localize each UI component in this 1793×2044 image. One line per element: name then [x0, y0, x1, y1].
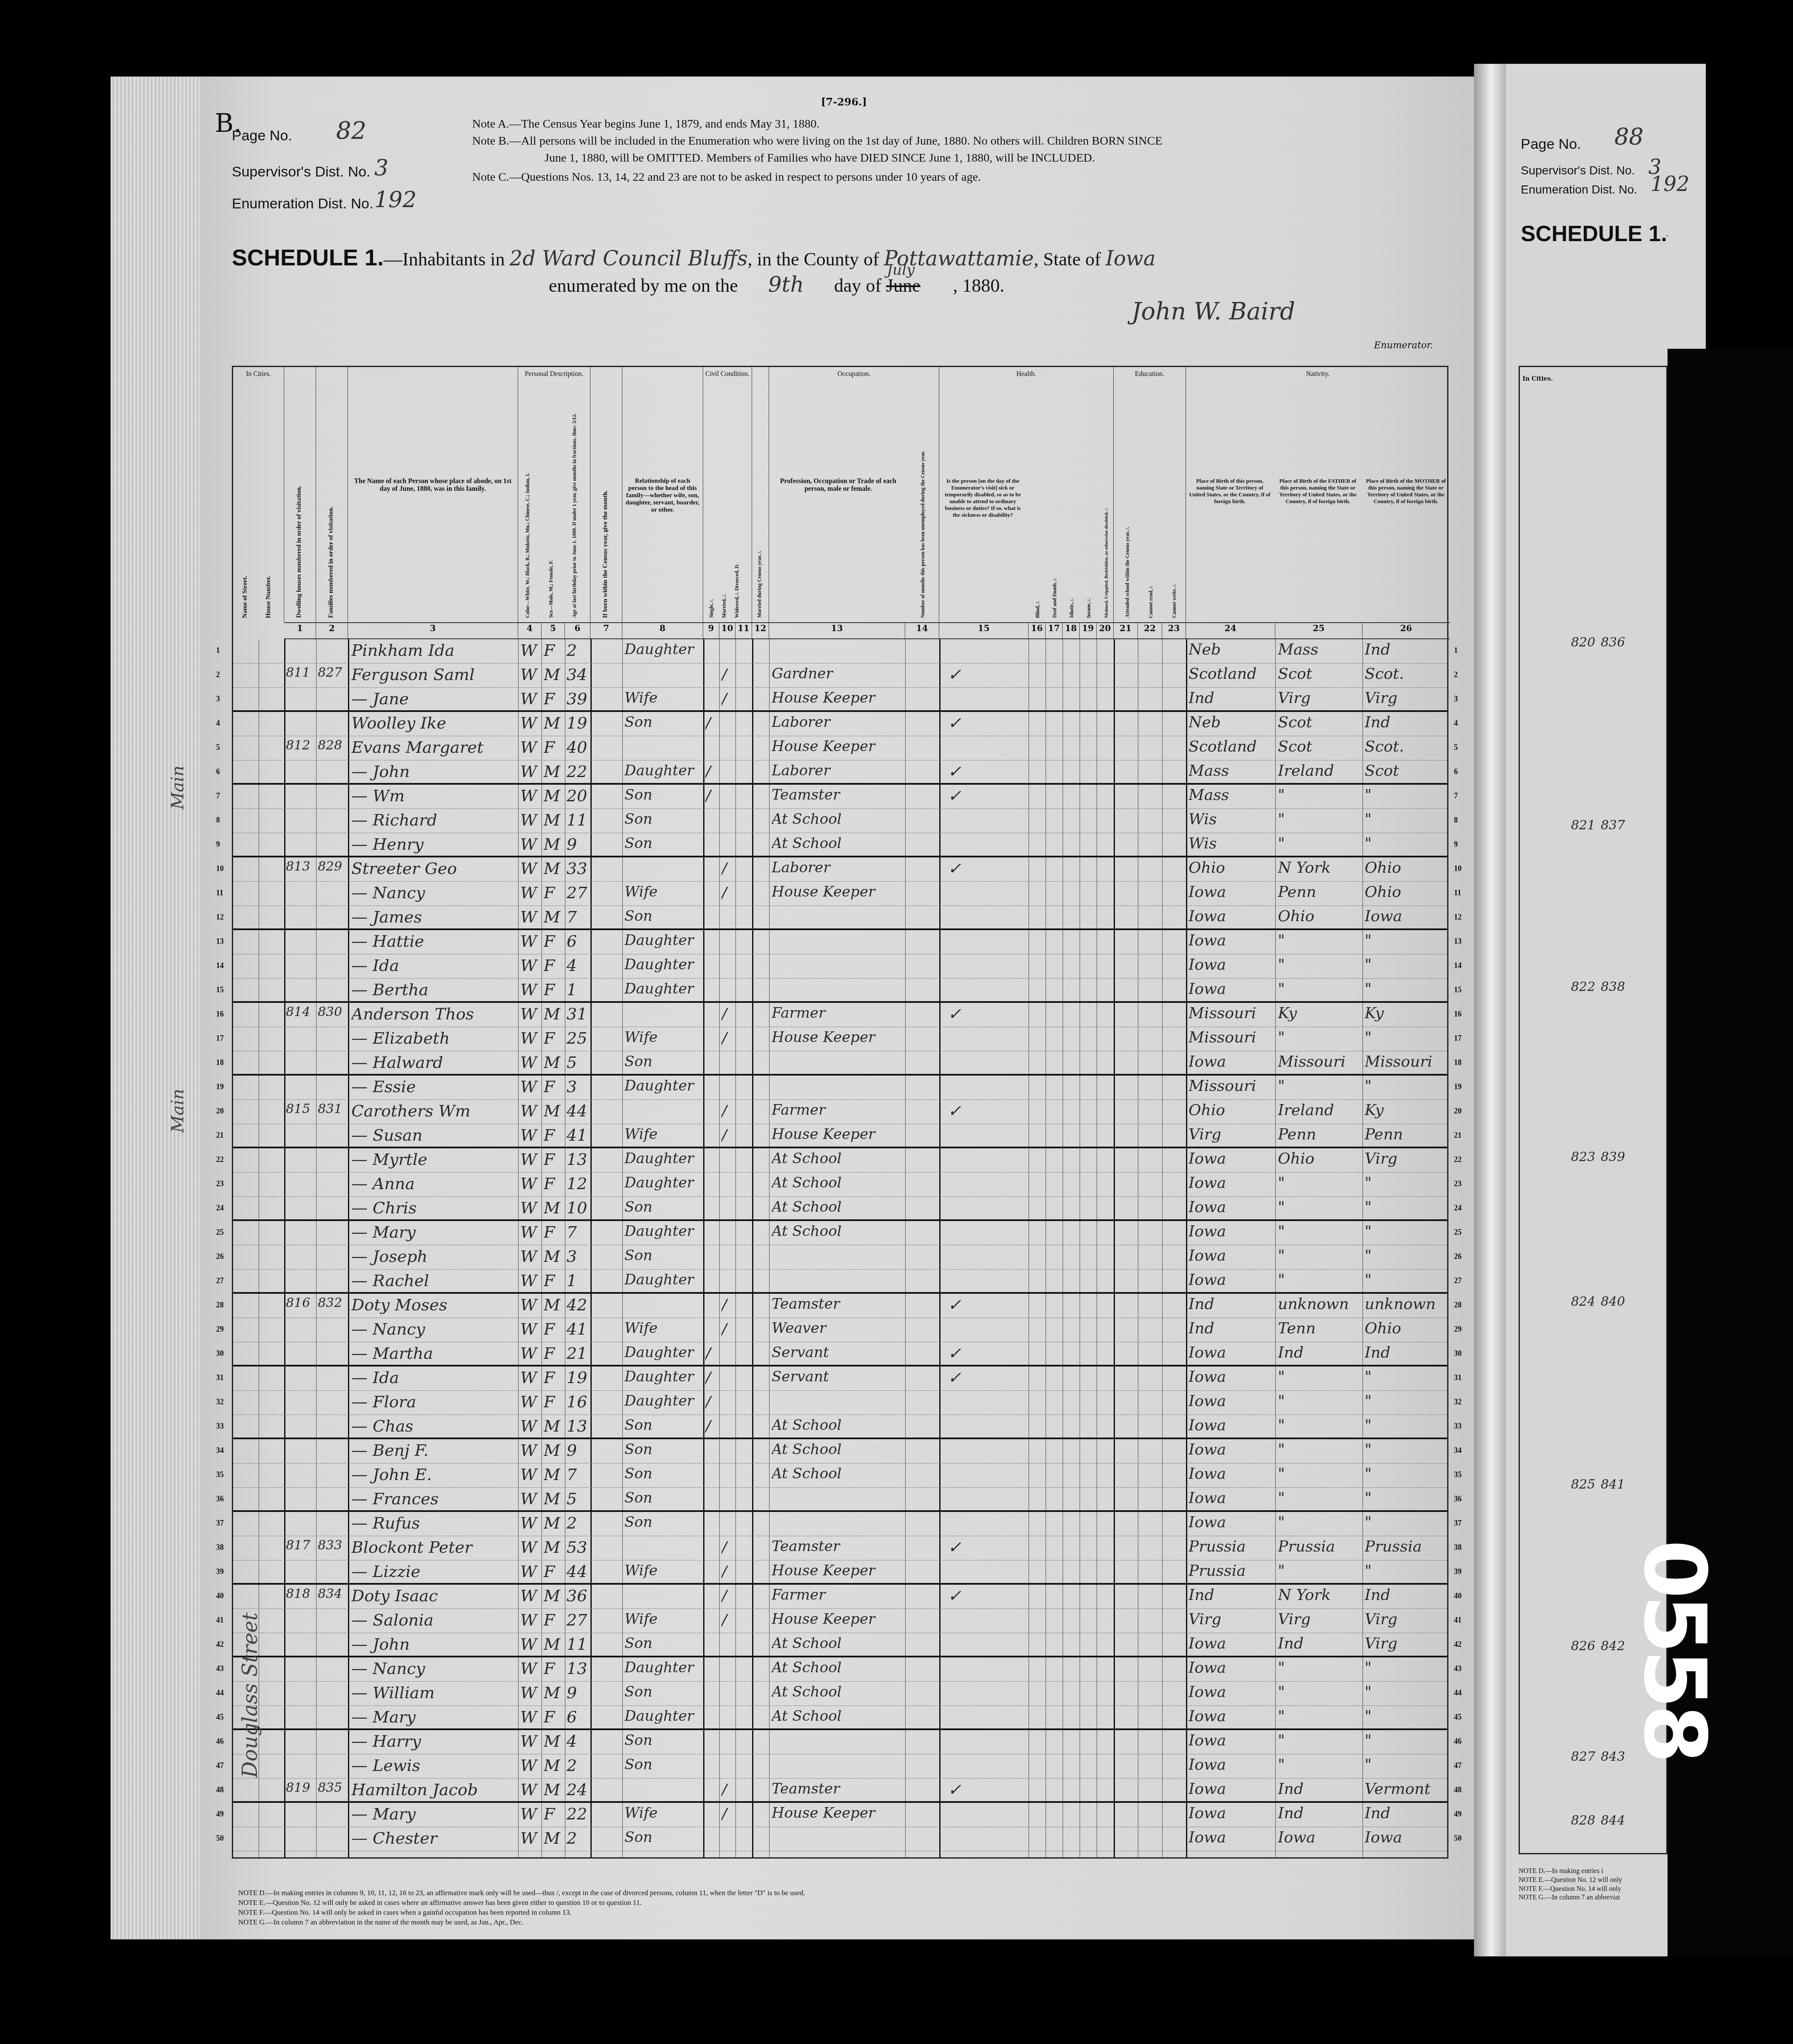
cell-single: / — [705, 714, 718, 732]
table-row: 3131— IdaWF19Daughter/Servant✓Iowa"" — [233, 1366, 1447, 1391]
cell-birth: Iowa — [1189, 1174, 1276, 1192]
cell-mother: " — [1365, 1223, 1449, 1240]
cell-married: / — [721, 1320, 734, 1338]
row-number-left: 13 — [216, 937, 224, 946]
col-15-label: Is the person [on the day of the Enumera… — [942, 478, 1024, 518]
cell-age: 6 — [567, 932, 590, 951]
cell-single: / — [705, 1392, 718, 1411]
day-value: 9th — [768, 272, 804, 297]
row-number-left: 15 — [216, 985, 224, 994]
col-5-label: Sex—Male, M.; Female, F. — [548, 560, 554, 618]
cell-birth: Iowa — [1189, 1732, 1276, 1749]
colnum-18: 18 — [1063, 622, 1080, 639]
cell-dw: 818 — [286, 1586, 316, 1601]
rp-page-no-label: Page No. — [1521, 136, 1581, 153]
row-number-right: 19 — [1454, 1082, 1462, 1091]
cell-name: — Richard — [351, 811, 517, 829]
cell-birth: Iowa — [1189, 1223, 1276, 1240]
cell-rel: Son — [624, 835, 703, 852]
cell-birth: Iowa — [1189, 1199, 1276, 1216]
cell-fam: 828 — [318, 738, 348, 753]
cell-birth: Iowa — [1189, 1344, 1276, 1361]
cell-fam: 827 — [318, 665, 348, 680]
cell-sex: M — [544, 786, 565, 805]
cell-occ: At School — [772, 1683, 904, 1700]
cell-mother: Ind — [1365, 714, 1449, 731]
cell-name: — Flora — [351, 1392, 517, 1411]
table-row: 4040818834Doty IsaacWM36/Farmer✓IndN Yor… — [233, 1585, 1447, 1609]
cell-sex: M — [544, 1465, 565, 1484]
table-row: 1010813829Streeter GeoWM33/Laborer✓OhioN… — [233, 857, 1447, 882]
cell-age: 4 — [567, 1732, 590, 1751]
col-17-label: Deaf and Dumb, /. — [1052, 578, 1058, 618]
cell-rel: Son — [624, 1756, 703, 1773]
table-row: 1717— ElizabethWF25Wife/House KeeperMiss… — [233, 1027, 1447, 1051]
table-row: 22811827Ferguson SamlWM34/Gardner✓Scotla… — [233, 663, 1447, 688]
cell-birth: Iowa — [1189, 1489, 1276, 1507]
row-number-left: 1 — [216, 646, 220, 655]
cell-rel: Son — [624, 811, 703, 828]
cell-age: 7 — [567, 908, 590, 926]
cell-sex: M — [544, 908, 565, 926]
cell-color: W — [520, 1611, 542, 1629]
cell-father: Tenn — [1278, 1320, 1362, 1337]
cell-rel: Son — [624, 1635, 703, 1652]
cell-mother: " — [1365, 1489, 1449, 1507]
table-row: 2020815831Carothers WmWM44/Farmer✓OhioIr… — [233, 1100, 1447, 1124]
row-number-left: 10 — [216, 864, 224, 873]
cell-age: 11 — [567, 1635, 590, 1654]
cell-color: W — [520, 1708, 542, 1726]
cell-birth: Iowa — [1189, 1659, 1276, 1677]
rp-footnotes: NOTE D.—In making entries i NOTE E.—Ques… — [1519, 1867, 1672, 1902]
cell-rel: Wife — [624, 1562, 703, 1579]
cell-birth: Scotland — [1189, 665, 1276, 683]
in-cities-label: In Cities. — [233, 370, 284, 378]
cell-age: 7 — [567, 1223, 590, 1241]
rp-household-dw: 828 — [1571, 1813, 1595, 1828]
cell-age: 4 — [567, 956, 590, 975]
cell-birth: Iowa — [1189, 1417, 1276, 1434]
cell-father: " — [1278, 1514, 1362, 1531]
cell-name: — Martha — [351, 1344, 517, 1363]
cell-father: Ind — [1278, 1635, 1362, 1652]
colnum-22: 22 — [1138, 622, 1162, 639]
rp-household-dw: 826 — [1571, 1639, 1595, 1654]
row-number-left: 34 — [216, 1446, 224, 1455]
cell-father: " — [1278, 811, 1362, 828]
cell-father: Scot — [1278, 738, 1362, 755]
col-health: Health. Is the person [on the day of the… — [939, 367, 1114, 622]
cell-sex: F — [544, 641, 565, 660]
cell-father: " — [1278, 1465, 1362, 1483]
cell-father: Ky — [1278, 1005, 1362, 1022]
cell-name: — Chas — [351, 1417, 517, 1435]
col-7: If born within the Census year, give the… — [590, 367, 622, 622]
cell-father: Virg — [1278, 1611, 1362, 1628]
cell-mother: Scot. — [1365, 665, 1449, 683]
cell-birth: Iowa — [1189, 883, 1276, 901]
cell-fam: 832 — [318, 1295, 348, 1310]
cell-married: / — [721, 689, 734, 708]
col-4-label: Color—White, W.; Black, B.; Mulatto, Mu.… — [525, 473, 531, 618]
cell-father: Scot — [1278, 665, 1362, 683]
cell-sex: M — [544, 859, 565, 878]
cell-occ: Laborer — [772, 714, 904, 731]
cell-mother: " — [1365, 1708, 1449, 1725]
cell-age: 9 — [567, 1441, 590, 1460]
cell-occ: Weaver — [772, 1320, 904, 1337]
row-number-left: 40 — [216, 1591, 224, 1600]
cell-rel: Son — [624, 908, 703, 925]
year-text: , 1880. — [953, 275, 1004, 296]
col-2-label: Families numbered in order of visitation… — [328, 507, 335, 618]
cell-name: Hamilton Jacob — [351, 1780, 517, 1799]
cell-father: " — [1278, 835, 1362, 852]
cell-birth: Ind — [1189, 1320, 1276, 1337]
cell-color: W — [520, 932, 542, 951]
cell-father: " — [1278, 1247, 1362, 1264]
cell-name: Blockont Peter — [351, 1538, 517, 1557]
cell-occ: At School — [772, 1174, 904, 1191]
cell-sex: M — [544, 714, 565, 732]
cell-rel: Daughter — [624, 1077, 703, 1094]
cell-rel: Wife — [624, 1029, 703, 1046]
cell-sex: M — [544, 762, 565, 781]
row-number-left: 12 — [216, 913, 224, 922]
cell-father: Iowa — [1278, 1829, 1362, 1846]
cell-father: " — [1278, 1683, 1362, 1701]
col-18-label: Idiotic, /. — [1069, 598, 1075, 618]
cell-color: W — [520, 1829, 542, 1848]
cell-color: W — [520, 1247, 542, 1266]
row-number-right: 41 — [1454, 1616, 1462, 1625]
table-row: 2121— SusanWF41Wife/House KeeperVirgPenn… — [233, 1124, 1447, 1148]
cell-occ: Teamster — [772, 1780, 904, 1797]
cell-sex: M — [544, 1538, 565, 1557]
col-7-label: If born within the Census year, give the… — [602, 490, 609, 618]
cell-fam: 831 — [318, 1102, 348, 1116]
cell-color: W — [520, 1635, 542, 1654]
row-number-left: 36 — [216, 1495, 224, 1503]
enumerator-signature: John W. Baird — [1132, 298, 1295, 325]
cell-name: — John — [351, 1635, 517, 1654]
cell-color: W — [520, 835, 542, 854]
cell-color: W — [520, 1029, 542, 1048]
cell-age: 34 — [567, 665, 590, 684]
cell-rel: Daughter — [624, 956, 703, 973]
table-row: 4444— WilliamWM9SonAt SchoolIowa"" — [233, 1682, 1447, 1706]
cell-birth: Iowa — [1189, 1780, 1276, 1798]
rp-footnote-d: NOTE D.—In making entries i — [1519, 1867, 1672, 1876]
cell-father: Ind — [1278, 1805, 1362, 1822]
cell-birth: Iowa — [1189, 1247, 1276, 1264]
row-number-left: 41 — [216, 1616, 224, 1625]
cell-sex: F — [544, 1126, 565, 1144]
cell-mother: Scot. — [1365, 738, 1449, 755]
cell-occ: At School — [772, 1199, 904, 1216]
cell-mother: Iowa — [1365, 908, 1449, 925]
cell-sex: M — [544, 835, 565, 854]
cell-rel: Wife — [624, 689, 703, 706]
cell-mother: " — [1365, 932, 1449, 949]
cell-mother: " — [1365, 1465, 1449, 1483]
table-row: 33— JaneWF39Wife/House KeeperIndVirgVirg — [233, 688, 1447, 712]
colnum-21: 21 — [1114, 622, 1138, 639]
table-row: 11Pinkham IdaWF2DaughterNebMassInd — [233, 639, 1447, 663]
row-number-right: 18 — [1454, 1058, 1462, 1067]
cell-birth: Prussia — [1189, 1538, 1276, 1555]
footnote-d: NOTE D.—In making entries in columns 9, … — [238, 1888, 805, 1898]
cell-rel: Daughter — [624, 1174, 703, 1191]
row-number-right: 9 — [1454, 840, 1458, 849]
cell-mother: " — [1365, 1271, 1449, 1289]
cell-mother: " — [1365, 1247, 1449, 1264]
personal-description-label: Personal Description. — [518, 370, 590, 378]
cell-name: — Wm — [351, 786, 517, 805]
cell-birth: Iowa — [1189, 1465, 1276, 1483]
cell-rel: Wife — [624, 1611, 703, 1628]
cell-sex: F — [544, 980, 565, 999]
col-personal: Personal Description. Color—White, W.; B… — [518, 367, 590, 622]
col-20-label: Maimed, Crippled, Bedridden, or otherwis… — [1104, 508, 1109, 618]
cell-father: " — [1278, 956, 1362, 974]
cell-age: 1 — [567, 980, 590, 999]
cell-age: 2 — [567, 641, 590, 660]
table-row: 3232— FloraWF16Daughter/Iowa"" — [233, 1391, 1447, 1415]
row-number-right: 5 — [1454, 743, 1458, 752]
cell-married: / — [721, 1586, 734, 1605]
cell-rel: Daughter — [624, 1659, 703, 1676]
cell-name: Evans Margaret — [351, 738, 517, 757]
cell-married: / — [721, 859, 734, 878]
row-number-left: 45 — [216, 1713, 224, 1722]
cell-father: " — [1278, 1199, 1362, 1216]
cell-occ: Teamster — [772, 786, 904, 803]
table-row: 66— JohnWM22Daughter/Laborer✓MassIreland… — [233, 760, 1447, 785]
cell-rel: Son — [624, 1465, 703, 1482]
row-number-left: 25 — [216, 1228, 224, 1237]
cell-color: W — [520, 1126, 542, 1144]
table-row: 4343— NancyWF13DaughterAt SchoolIowa"" — [233, 1657, 1447, 1682]
cell-mother: Ohio — [1365, 1320, 1449, 1337]
cell-rel: Daughter — [624, 762, 703, 779]
cell-color: W — [520, 1756, 542, 1775]
cell-sex: F — [544, 689, 565, 708]
cell-father: Ireland — [1278, 1102, 1362, 1119]
cell-birth: Scotland — [1189, 738, 1276, 755]
cell-age: 53 — [567, 1538, 590, 1557]
cell-name: — Essie — [351, 1077, 517, 1096]
cell-mother: " — [1365, 1659, 1449, 1677]
cell-rel: Daughter — [624, 1271, 703, 1288]
row-number-right: 31 — [1454, 1373, 1462, 1382]
row-number-right: 38 — [1454, 1543, 1462, 1552]
cell-name: — Joseph — [351, 1247, 517, 1266]
cell-age: 24 — [567, 1780, 590, 1799]
cell-mother: Missouri — [1365, 1053, 1449, 1070]
row-number-right: 12 — [1454, 913, 1462, 922]
book-gutter — [1474, 64, 1508, 1956]
cell-sex: M — [544, 1441, 565, 1460]
row-number-right: 42 — [1454, 1640, 1462, 1649]
cell-color: W — [520, 1441, 542, 1460]
colnum-15: 15 — [939, 622, 1029, 639]
cell-color: W — [520, 859, 542, 878]
cell-mother: " — [1365, 1441, 1449, 1458]
cell-sex: F — [544, 1271, 565, 1290]
cell-sick: ✓ — [948, 762, 973, 781]
rp-supervisor-label: Supervisor's Dist. No. — [1521, 164, 1635, 177]
colnum-7: 7 — [590, 622, 622, 639]
cell-birth: Iowa — [1189, 1635, 1276, 1652]
colnum-14: 14 — [905, 622, 939, 639]
cell-mother: " — [1365, 835, 1449, 852]
cell-age: 22 — [567, 762, 590, 781]
page-no-value: 82 — [336, 117, 366, 145]
cell-birth: Iowa — [1189, 1683, 1276, 1701]
cell-color: W — [520, 1465, 542, 1484]
enumeration-dist-label: Enumeration Dist. No. — [232, 196, 373, 212]
cell-name: Anderson Thos — [351, 1005, 517, 1023]
rp-schedule-prefix: SCHEDULE 1. — [1521, 222, 1667, 246]
civil-condition-label: Civil Condition. — [703, 370, 752, 378]
cell-occ: At School — [772, 1635, 904, 1652]
table-row: 4545— MaryWF6DaughterAt SchoolIowa"" — [233, 1706, 1447, 1730]
cell-mother: Virg — [1365, 1635, 1449, 1652]
page-no-label: Page No. — [232, 128, 292, 144]
table-row: 2424— ChrisWM10SonAt SchoolIowa"" — [233, 1197, 1447, 1221]
rp-household-fam: 836 — [1601, 635, 1625, 650]
cell-sex: F — [544, 1344, 565, 1363]
cell-sex: M — [544, 1247, 565, 1266]
cell-color: W — [520, 1295, 542, 1314]
cell-sick: ✓ — [948, 1368, 973, 1387]
row-number-left: 23 — [216, 1179, 224, 1188]
cell-sex: M — [544, 1829, 565, 1848]
cell-father: Prussia — [1278, 1538, 1362, 1555]
cell-sex: M — [544, 1005, 565, 1023]
cell-sex: F — [544, 1029, 565, 1048]
cell-color: W — [520, 1805, 542, 1823]
cell-father: Penn — [1278, 1126, 1362, 1143]
cell-name: — Ida — [351, 956, 517, 975]
margin-note-street: Douglass Street — [238, 1395, 262, 1778]
cell-sex: F — [544, 1077, 565, 1096]
cell-rel: Son — [624, 786, 703, 803]
cell-father: " — [1278, 1077, 1362, 1095]
cell-name: — Mary — [351, 1223, 517, 1241]
row-number-right: 25 — [1454, 1228, 1462, 1237]
footnotes: NOTE D.—In making entries in columns 9, … — [238, 1888, 805, 1927]
cell-color: W — [520, 1368, 542, 1387]
cell-occ: Laborer — [772, 762, 904, 779]
cell-age: 6 — [567, 1708, 590, 1726]
cell-dw: 811 — [286, 665, 316, 680]
cell-color: W — [520, 1199, 542, 1217]
cell-age: 13 — [567, 1150, 590, 1169]
row-number-left: 28 — [216, 1301, 224, 1310]
cell-age: 3 — [567, 1247, 590, 1266]
cell-sick: ✓ — [948, 665, 973, 684]
cell-married: / — [721, 1611, 734, 1629]
cell-name: — Myrtle — [351, 1150, 517, 1169]
cell-sex: M — [544, 1102, 565, 1120]
cell-married: / — [721, 883, 734, 902]
col-3: The Name of each Person whose place of a… — [348, 367, 518, 622]
census-table: In Cities. Name of Street. House Number.… — [232, 366, 1448, 1859]
cell-mother: " — [1365, 1077, 1449, 1095]
table-row: 2323— AnnaWF12DaughterAt SchoolIowa"" — [233, 1173, 1447, 1197]
cell-color: W — [520, 1320, 542, 1338]
cell-sex: M — [544, 1295, 565, 1314]
cell-name: Streeter Geo — [351, 859, 517, 878]
cell-color: W — [520, 908, 542, 926]
row-number-right: 1 — [1454, 646, 1458, 655]
nativity-label: Nativity. — [1186, 370, 1450, 378]
cell-sex: M — [544, 1586, 565, 1605]
row-number-right: 43 — [1454, 1664, 1462, 1673]
occupation-label: Occupation. — [769, 370, 939, 378]
rp-household-fam: 840 — [1601, 1294, 1625, 1309]
cell-age: 16 — [567, 1392, 590, 1411]
colnum-11: 11 — [735, 622, 752, 639]
cell-married: / — [721, 1126, 734, 1144]
table-row: 4848819835Hamilton JacobWM24/Teamster✓Io… — [233, 1779, 1447, 1803]
rp-footnote-f: NOTE F.—Question No. 14 will only — [1519, 1885, 1672, 1894]
cell-birth: Iowa — [1189, 1514, 1276, 1531]
cell-age: 39 — [567, 689, 590, 708]
cell-color: W — [520, 1053, 542, 1072]
cell-occ: House Keeper — [772, 738, 904, 755]
row-number-left: 35 — [216, 1470, 224, 1479]
cell-rel: Son — [624, 714, 703, 731]
cell-occ: Farmer — [772, 1586, 904, 1603]
col-26-label: Place of Birth of the MOTHER of this per… — [1365, 478, 1447, 505]
cell-rel: Son — [624, 1732, 703, 1749]
rp-footnote-e: NOTE E.—Question No. 12 will only — [1519, 1876, 1672, 1885]
cell-mother: " — [1365, 1562, 1449, 1580]
cell-color: W — [520, 1077, 542, 1096]
cell-color: W — [520, 1538, 542, 1557]
rp-household-fam: 843 — [1601, 1749, 1625, 1764]
cell-father: Ohio — [1278, 1150, 1362, 1167]
health-label: Health. — [939, 370, 1113, 378]
cell-rel: Daughter — [624, 980, 703, 997]
cell-sex: M — [544, 1514, 565, 1532]
cell-name: — Ida — [351, 1368, 517, 1387]
rp-schedule-text: —Inha — [1667, 222, 1668, 246]
col-1: Dwelling houses numbered in order of vis… — [284, 367, 316, 622]
cell-mother: Ohio — [1365, 883, 1449, 901]
cell-color: W — [520, 1174, 542, 1193]
cell-birth: Ind — [1189, 1586, 1276, 1604]
row-number-left: 16 — [216, 1010, 224, 1019]
row-number-right: 37 — [1454, 1519, 1462, 1528]
cell-married: / — [721, 1029, 734, 1048]
row-number-left: 30 — [216, 1349, 224, 1358]
col-12: Married during Census year, /. — [752, 367, 769, 622]
cell-father: " — [1278, 1174, 1362, 1192]
col-8-label: Relationship of each person to the head … — [625, 478, 700, 514]
cell-dw: 817 — [286, 1538, 316, 1553]
cell-name: — James — [351, 908, 517, 926]
table-row: 1414— IdaWF4DaughterIowa"" — [233, 954, 1447, 979]
cell-father: " — [1278, 1708, 1362, 1725]
cell-color: W — [520, 1271, 542, 1290]
cell-father: " — [1278, 1732, 1362, 1749]
book-page-edges — [111, 77, 204, 1939]
